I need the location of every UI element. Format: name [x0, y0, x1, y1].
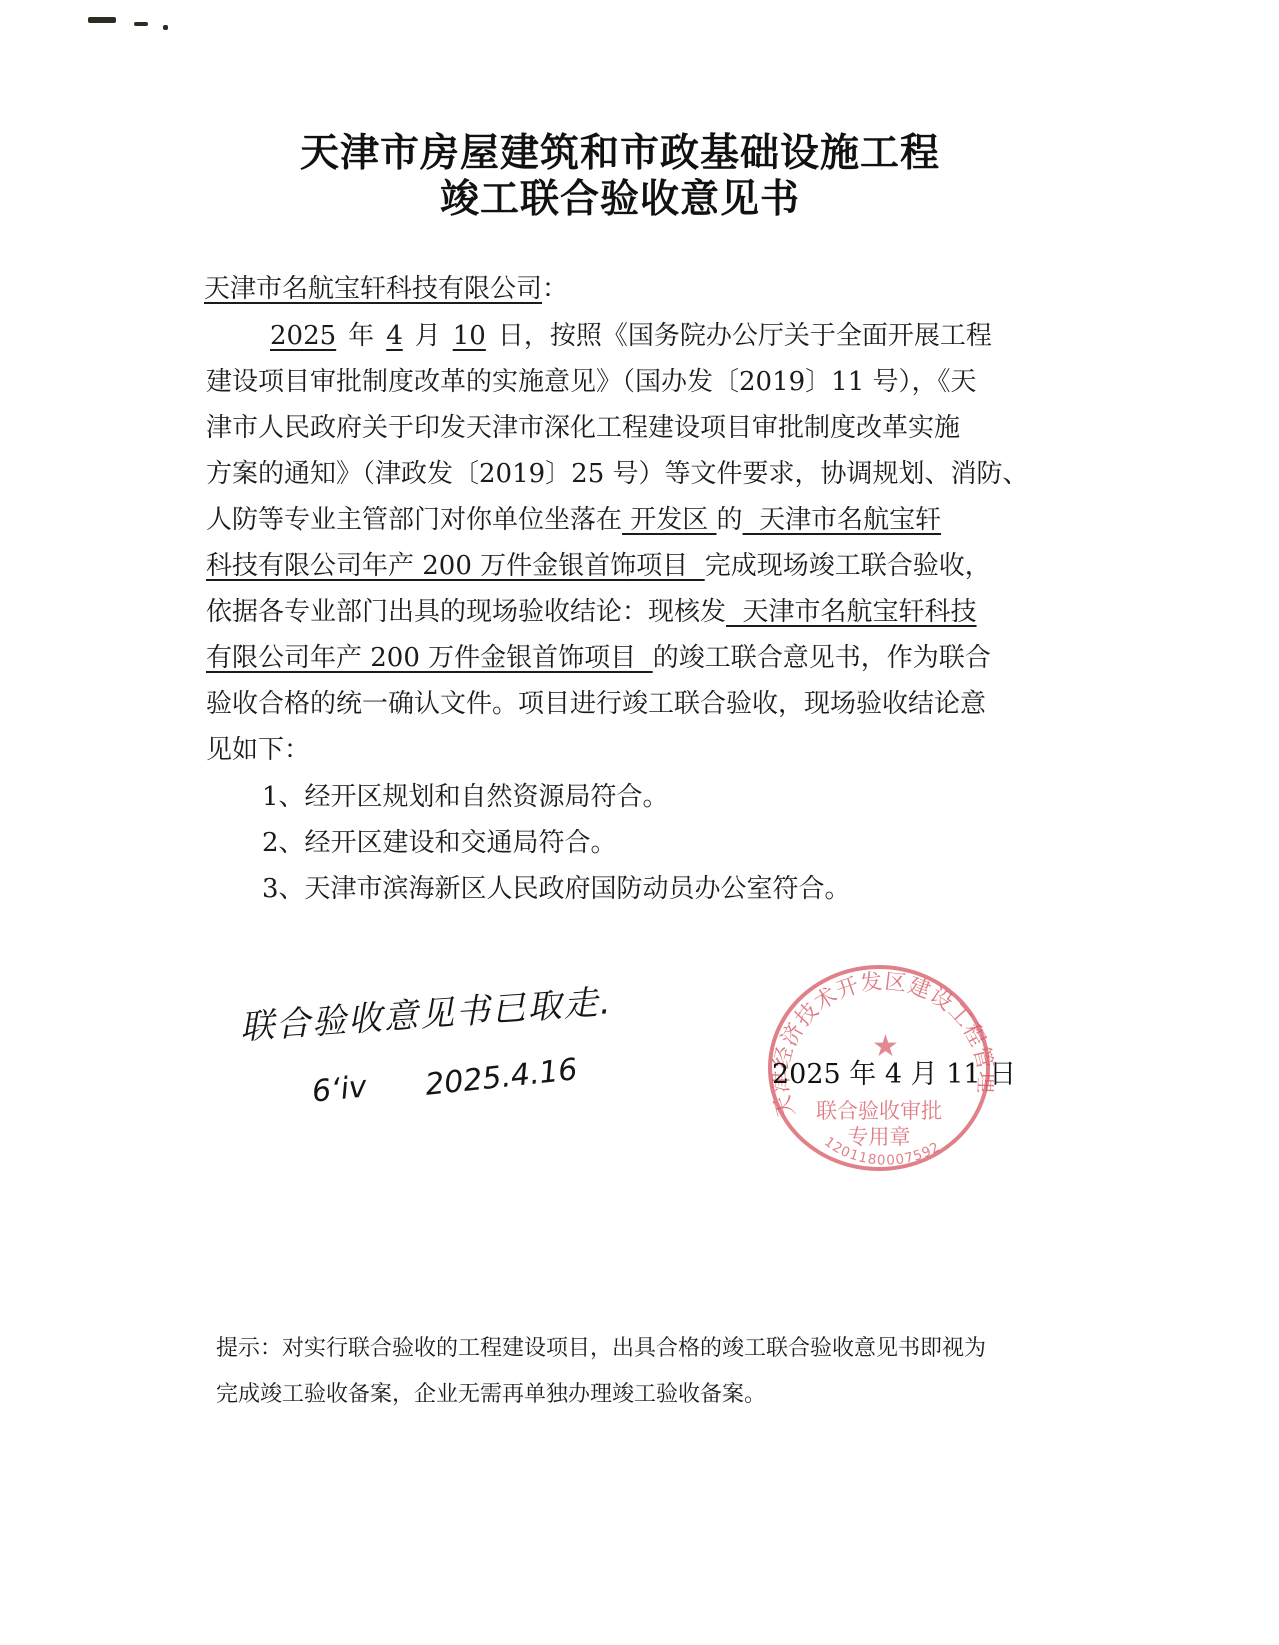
body-line-5: 人防等专业主管部门对你单位坐落在 开发区 的 天津市名航宝轩	[206, 499, 941, 536]
body-line-10: 见如下：	[206, 729, 310, 766]
tip-line-2: 完成竣工验收备案，企业无需再单独办理竣工验收备案。	[216, 1372, 1096, 1418]
conclusion-item-1: 1、经开区规划和自然资源局符合。	[262, 776, 669, 813]
body-line-1: 2025年4月10日，按照《国务院办公厅关于全面开展工程	[258, 315, 992, 352]
body-line-6: 科技有限公司年产 200 万件金银首饰项目 完成现场竣工联合验收，	[206, 545, 991, 582]
seal-sub-text: 专用章	[772, 1121, 986, 1151]
date-month: 4	[374, 321, 415, 351]
date-year: 2025	[258, 321, 348, 351]
project-name: 天津市名航宝轩	[743, 505, 942, 535]
document-title-line2: 竣工联合验收意见书	[0, 168, 1240, 224]
project-name-cont: 科技有限公司年产 200 万件金银首饰项目	[206, 551, 705, 581]
scan-artifact	[163, 25, 168, 30]
body-line-9: 验收合格的统一确认文件。项目进行竣工联合验收，现场验收结论意	[206, 683, 986, 720]
body-line-4: 方案的通知》（津政发〔2019〕25 号）等文件要求，协调规划、消防、	[206, 453, 1029, 490]
conclusion-item-3: 3、天津市滨海新区人民政府国防动员办公室符合。	[262, 868, 851, 905]
addressee: 天津市名航宝轩科技有限公司：	[204, 268, 568, 305]
addressee-name: 天津市名航宝轩科技有限公司	[204, 274, 542, 304]
scan-artifact	[88, 17, 116, 23]
tip-line-1: 提示：对实行联合验收的工程建设项目，出具合格的竣工联合验收意见书即视为	[216, 1326, 1096, 1372]
issue-date: 2025 年 4 月 11 日	[772, 1052, 1016, 1091]
project-name-2-cont: 有限公司年产 200 万件金银首饰项目	[206, 643, 653, 673]
scan-artifact	[134, 22, 148, 26]
location: 开发区	[622, 505, 717, 535]
handwritten-note: 联合验收意见书已取走.	[238, 974, 613, 1049]
handwritten-signature: 6ʻiv	[310, 1069, 368, 1110]
date-day: 10	[441, 321, 498, 351]
body-line-7: 依据各专业部门出具的现场验收结论：现核发 天津市名航宝轩科技	[206, 591, 977, 628]
body-line-3: 津市人民政府关于印发天津市深化工程建设项目审批制度改革实施	[206, 407, 960, 444]
body-line-2: 建设项目审批制度改革的实施意见》（国办发〔2019〕11 号），《天	[206, 361, 977, 398]
project-name-2: 天津市名航宝轩科技	[726, 597, 977, 627]
handwritten-date: 2025.4.16	[424, 1052, 580, 1103]
conclusion-item-2: 2、经开区建设和交通局符合。	[262, 822, 617, 859]
body-line-8: 有限公司年产 200 万件金银首饰项目 的竣工联合意见书，作为联合	[206, 637, 991, 674]
